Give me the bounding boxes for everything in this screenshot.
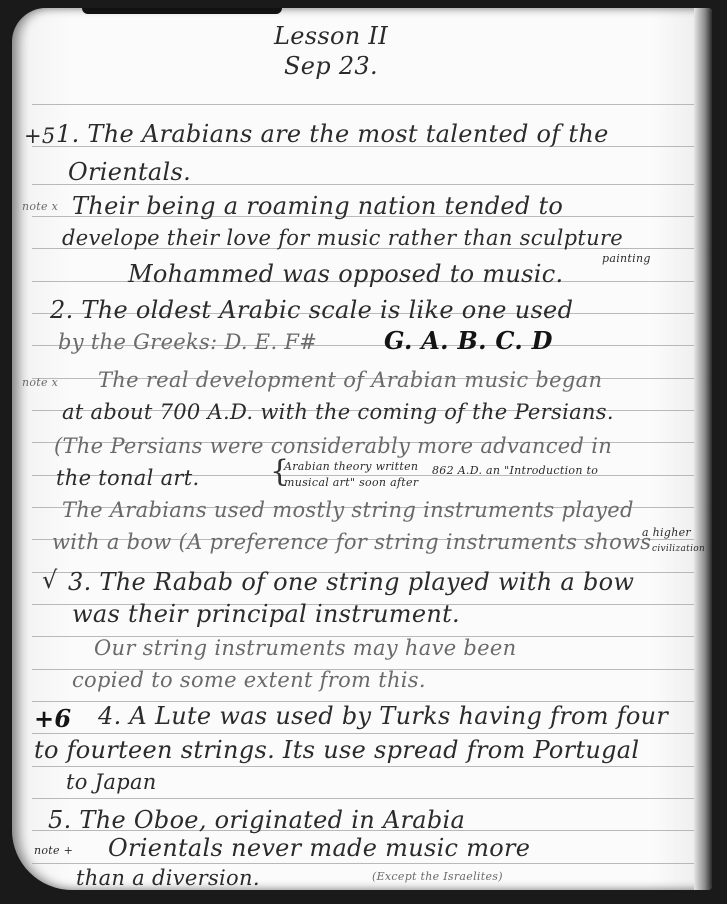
- ruled-line: [32, 766, 694, 767]
- note-line: to fourteen strings. Its use spread from…: [34, 736, 639, 764]
- note-line: copied to some extent from this.: [72, 668, 426, 692]
- note-line: to Japan: [66, 770, 157, 794]
- note-line: Mohammed was opposed to music.: [128, 260, 563, 288]
- note-line: by the Greeks: D. E. F#: [58, 330, 317, 354]
- note-line: Their being a roaming nation tended to: [72, 192, 563, 220]
- page-top-shadow: [82, 8, 282, 14]
- annotation: a higher: [642, 526, 691, 539]
- note-line: 5. The Oboe, originated in Arabia: [48, 806, 465, 834]
- annotation: painting: [602, 252, 651, 265]
- note-line: 3. The Rabab of one string played with a…: [68, 568, 634, 596]
- notebook-page: Lesson II Sep 23. +5 1. The Arabians are…: [12, 8, 712, 890]
- note-line: 1. The Arabians are the most talented of…: [56, 120, 609, 148]
- ruled-line: [32, 863, 694, 864]
- note-line: at about 700 A.D. with the coming of the…: [62, 400, 614, 424]
- ruled-line: [32, 104, 694, 105]
- margin-mark: note x: [22, 376, 58, 389]
- note-line: develope their love for music rather tha…: [62, 226, 623, 250]
- note-line: Orientals never made music more: [108, 834, 530, 862]
- lesson-date: Sep 23.: [284, 52, 378, 80]
- note-line: 2. The oldest Arabic scale is like one u…: [50, 296, 573, 324]
- insert-note: musical art" soon after: [284, 476, 418, 489]
- margin-mark: +6: [34, 704, 71, 733]
- annotation: civilization: [652, 544, 705, 554]
- check-mark: √: [42, 566, 58, 594]
- note-line: The Arabians used mostly string instrume…: [62, 498, 634, 522]
- lesson-title: Lesson II: [274, 22, 388, 50]
- insert-note: 862 A.D. an "Introduction to: [432, 464, 598, 477]
- ruled-line: [32, 733, 694, 734]
- note-line: 4. A Lute was used by Turks having from …: [98, 702, 668, 730]
- note-line: Our string instruments may have been: [94, 636, 516, 660]
- scale-notes: G. A. B. C. D: [384, 326, 553, 355]
- note-line: Orientals.: [68, 158, 191, 186]
- note-line: (The Persians were considerably more adv…: [54, 434, 612, 458]
- page-right-edge: [694, 8, 712, 890]
- insert-note: Arabian theory written: [284, 460, 418, 473]
- note-line: was their principal instrument.: [72, 600, 460, 628]
- note-line: than a diversion.: [76, 866, 260, 890]
- aside-note: (Except the Israelites): [372, 870, 503, 883]
- margin-mark: note x: [22, 200, 58, 213]
- note-line: the tonal art.: [56, 466, 199, 490]
- margin-mark: +5: [24, 124, 56, 148]
- note-line: The real development of Arabian music be…: [98, 368, 602, 392]
- ruled-line: [32, 798, 694, 799]
- margin-mark: note +: [34, 844, 73, 857]
- note-line: with a bow (A preference for string inst…: [52, 530, 651, 554]
